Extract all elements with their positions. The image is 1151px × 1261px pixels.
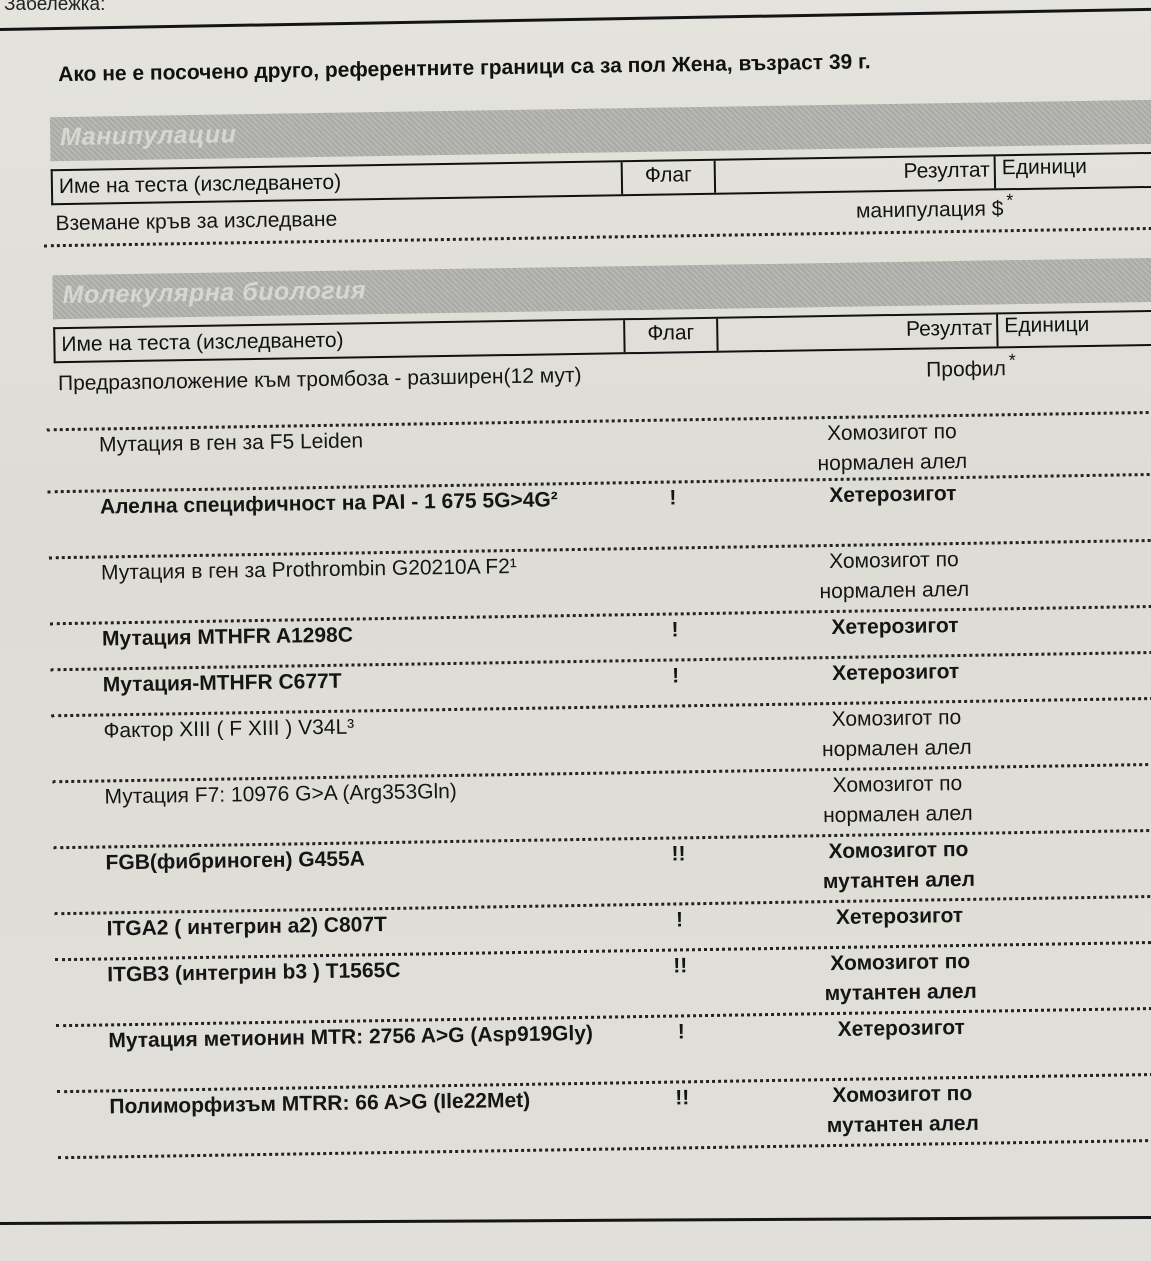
note-label: Забележка:: [4, 0, 105, 16]
flag-indicator: !!: [658, 839, 698, 870]
lab-report-page: Забележка: Ако не е посочено друго, рефе…: [0, 0, 1151, 1261]
flag-indicator: !: [655, 615, 695, 646]
test-result: Хомозигот по нормален алел: [782, 768, 1013, 832]
column-flag: Флаг: [623, 161, 716, 194]
column-flag: Флаг: [625, 319, 718, 352]
test-result: Хетерозигот: [784, 900, 1014, 934]
flag-indicator: !!: [660, 951, 700, 982]
flag-indicator: [652, 421, 692, 422]
flag-indicator: [657, 773, 697, 774]
section-header-manipulations: Манипулации: [50, 100, 1151, 161]
test-result: манипулация $: [773, 194, 1003, 228]
reference-range-note: Ако не е посочено друго, референтните гр…: [58, 50, 871, 87]
column-units: Единици: [998, 312, 1151, 347]
flag-indicator: !: [661, 1017, 701, 1048]
test-result: Хетерозигот: [778, 478, 1008, 512]
section-header-molecular-biology: Молекулярна биология: [52, 258, 1151, 319]
test-result: Профил: [776, 354, 1006, 388]
section-title: Манипулации: [60, 120, 237, 152]
flag-indicator: !!: [662, 1083, 702, 1114]
test-result: Хомозигот по мутантен алел: [787, 1078, 1018, 1142]
column-result: Резултат: [718, 314, 998, 350]
flag-indicator: [651, 359, 691, 360]
test-result: Хомозигот по мутантен алел: [785, 946, 1016, 1010]
top-divider: [0, 8, 1151, 31]
flag-indicator: !: [655, 661, 695, 692]
test-result: Хомозигот по нормален алел: [779, 544, 1010, 608]
unit-marker: *: [1006, 190, 1013, 211]
test-result: Хетерозигот: [780, 656, 1010, 690]
test-result: Хетерозигот: [780, 610, 1010, 644]
flag-indicator: [648, 199, 688, 200]
test-result: Хомозигот по нормален алел: [781, 702, 1012, 766]
bottom-divider: [0, 1216, 1151, 1225]
test-result: Хетерозигот: [786, 1012, 1016, 1046]
flag-indicator: [656, 707, 696, 708]
test-result: Хомозигот по мутантен алел: [783, 834, 1014, 898]
test-name: Вземане кръв за изследване: [55, 200, 625, 239]
unit-marker: *: [1009, 350, 1016, 371]
test-result: Хомозигот по нормален алел: [777, 416, 1008, 480]
flag-indicator: [654, 549, 694, 550]
column-name: Име на теста (изследването): [53, 162, 623, 203]
column-units: Единици: [996, 154, 1151, 189]
section-title: Молекулярна биология: [62, 276, 366, 310]
column-result: Резултат: [716, 156, 996, 192]
column-name: Име на теста (изследването): [55, 320, 625, 361]
flag-indicator: !: [653, 483, 693, 514]
test-name: Предразположение към тромбоза - разширен…: [58, 360, 628, 399]
flag-indicator: !: [659, 905, 699, 936]
